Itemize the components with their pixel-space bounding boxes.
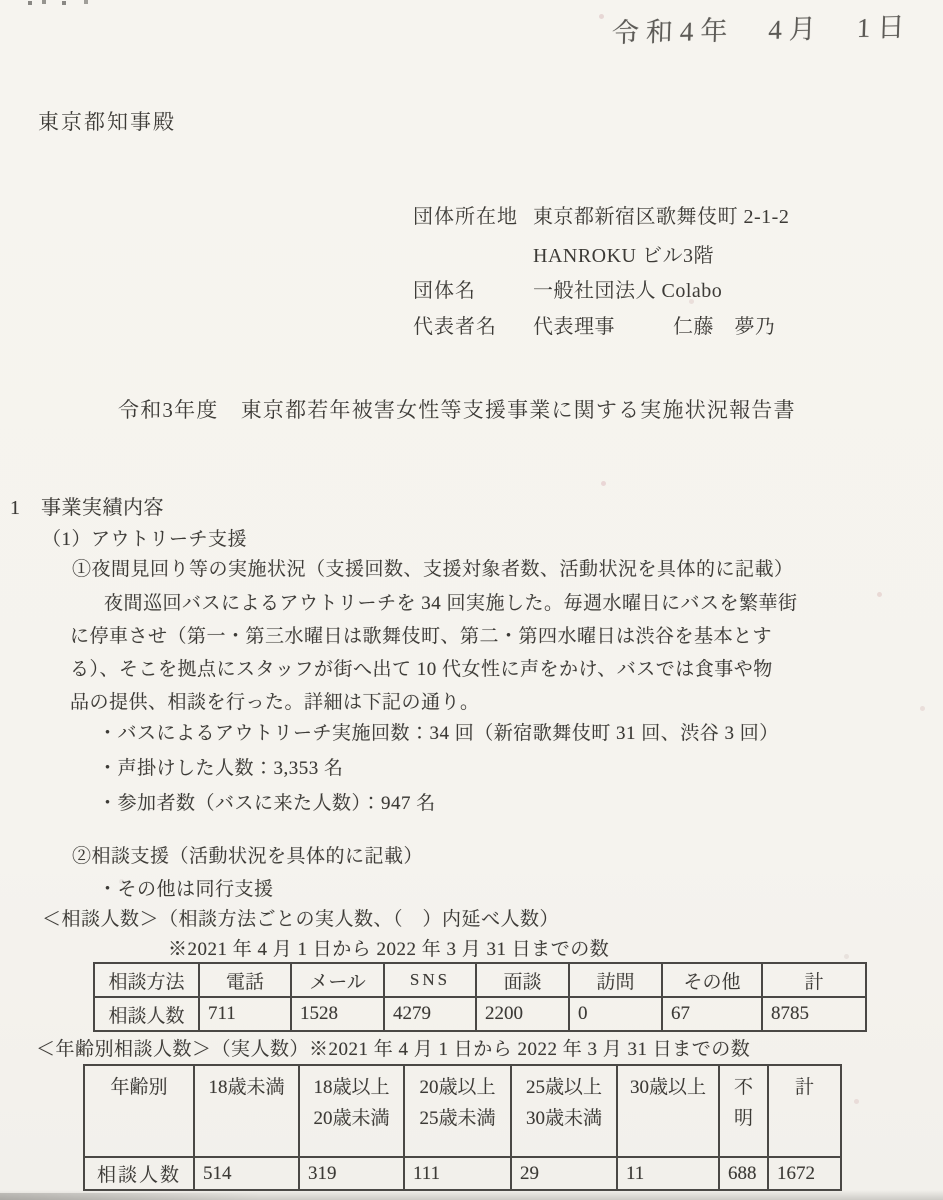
scan-bottom-edge-shadow <box>0 1193 260 1200</box>
org-address-label: 団体所在地 <box>413 200 518 229</box>
value-cell: 29 <box>511 1157 617 1190</box>
table-header-row: 年齢別 18歳未満 18歳以上20歳未満 20歳以上25歳未満 25歳以上30歳… <box>84 1065 841 1157</box>
consultation-method-table: 相談方法 電話 メール SNS 面談 訪問 その他 計 相談人数 711 152… <box>93 962 867 1032</box>
table-header-row: 相談方法 電話 メール SNS 面談 訪問 その他 計 <box>94 963 866 997</box>
table-row: 相談人数 711 1528 4279 2200 0 67 8785 <box>94 997 866 1031</box>
org-rep-title: 代表理事 <box>533 316 615 338</box>
age-group-table: 年齢別 18歳未満 18歳以上20歳未満 20歳以上25歳未満 25歳以上30歳… <box>83 1064 842 1191</box>
header-cell: 相談方法 <box>94 963 199 997</box>
value-cell: 4279 <box>384 997 476 1031</box>
consult-count-heading: ＜相談人数＞（相談方法ごとの実人数、（ ）内延べ人数） <box>42 908 559 932</box>
value-cell: 514 <box>194 1157 299 1190</box>
recipient-line: 東京都知事殿 <box>38 106 176 136</box>
value-cell: 1528 <box>291 997 384 1031</box>
paragraph-line: 品の提供、相談を行った。詳細は下記の通り。 <box>70 691 480 715</box>
clipped-scan-fragment <box>28 1 32 5</box>
value-cell: 1672 <box>768 1157 841 1190</box>
header-cell: 18歳以上20歳未満 <box>299 1065 404 1157</box>
header-cell: その他 <box>662 963 762 997</box>
row-label-cell: 相談人数 <box>84 1157 194 1190</box>
header-cell: 30歳以上 <box>617 1065 719 1157</box>
row-label-cell: 相談人数 <box>94 997 199 1031</box>
org-name-label: 団体名 <box>413 274 476 303</box>
item1-heading: ①夜間見回り等の実施状況（支援回数、支援対象者数、活動状況を具体的に記載） <box>72 558 794 582</box>
bullet-item: ・声掛けした人数：3,353 名 <box>98 757 344 781</box>
org-address-value2: HANROKU ビル3階 <box>533 239 714 268</box>
consult-count-note: ※2021 年 4 月 1 日から 2022 年 3 月 31 日までの数 <box>168 938 609 962</box>
paragraph-line: る）、そこを拠点にスタッフが街へ出て 10 代女性に声をかけ、バスでは食事や物 <box>70 658 773 682</box>
value-cell: 711 <box>199 997 291 1031</box>
org-name-value: 一般社団法人 Colabo <box>533 274 722 303</box>
age-count-heading: ＜年齢別相談人数＞（実人数）※2021 年 4 月 1 日から 2022 年 3… <box>36 1038 750 1062</box>
header-cell: 25歳以上30歳未満 <box>511 1065 617 1157</box>
header-cell: 計 <box>762 963 866 997</box>
bullet-item: ・その他は同行支援 <box>98 878 274 902</box>
header-cell: 不明 <box>719 1065 768 1157</box>
section1-heading: 1 事業実績内容 <box>10 496 164 520</box>
bullet-item: ・参加者数（バスに来た人数）：947 名 <box>98 792 436 816</box>
value-cell: 11 <box>617 1157 719 1190</box>
handwritten-date: 令和4年 4月 1日 <box>611 5 912 50</box>
org-rep-line: 代表理事仁藤 夢乃 <box>533 310 776 339</box>
paragraph-line: 夜間巡回バスによるアウトリーチを 34 回実施した。毎週水曜日にバスを繁華街 <box>104 592 798 616</box>
bullet-item: ・バスによるアウトリーチ実施回数：34 回（新宿歌舞伎町 31 回、渋谷 3 回… <box>98 722 779 746</box>
section1-subheading: （1）アウトリーチ支援 <box>42 528 247 552</box>
org-rep-label: 代表者名 <box>413 310 497 339</box>
header-cell: 計 <box>768 1065 841 1157</box>
header-cell: SNS <box>384 963 476 997</box>
value-cell: 67 <box>662 997 762 1031</box>
org-rep-name: 仁藤 夢乃 <box>673 316 776 338</box>
paragraph-line: に停車させ（第一・第三水曜日は歌舞伎町、第二・第四水曜日は渋谷を基本とす <box>70 625 772 649</box>
table-row: 相談人数 514 319 111 29 11 688 1672 <box>84 1157 841 1190</box>
header-cell: 年齢別 <box>84 1065 194 1157</box>
org-address-value: 東京都新宿区歌舞伎町 2-1-2 <box>533 200 789 229</box>
header-cell: 20歳以上25歳未満 <box>404 1065 511 1157</box>
value-cell: 319 <box>299 1157 404 1190</box>
value-cell: 688 <box>719 1157 768 1190</box>
header-cell: 訪問 <box>569 963 662 997</box>
document-title: 令和3年度 東京都若年被害女性等支援事業に関する実施状況報告書 <box>118 394 796 424</box>
scan-speckles <box>0 0 3 3</box>
value-cell: 111 <box>404 1157 511 1190</box>
header-cell: 面談 <box>476 963 569 997</box>
item2-heading: ②相談支援（活動状況を具体的に記載） <box>72 845 423 869</box>
header-cell: メール <box>291 963 384 997</box>
header-cell: 電話 <box>199 963 291 997</box>
value-cell: 8785 <box>762 997 866 1031</box>
value-cell: 0 <box>569 997 662 1031</box>
value-cell: 2200 <box>476 997 569 1031</box>
header-cell: 18歳未満 <box>194 1065 299 1157</box>
scanned-report-page: 令和4年 4月 1日 東京都知事殿 団体所在地 東京都新宿区歌舞伎町 2-1-2… <box>0 0 943 1200</box>
